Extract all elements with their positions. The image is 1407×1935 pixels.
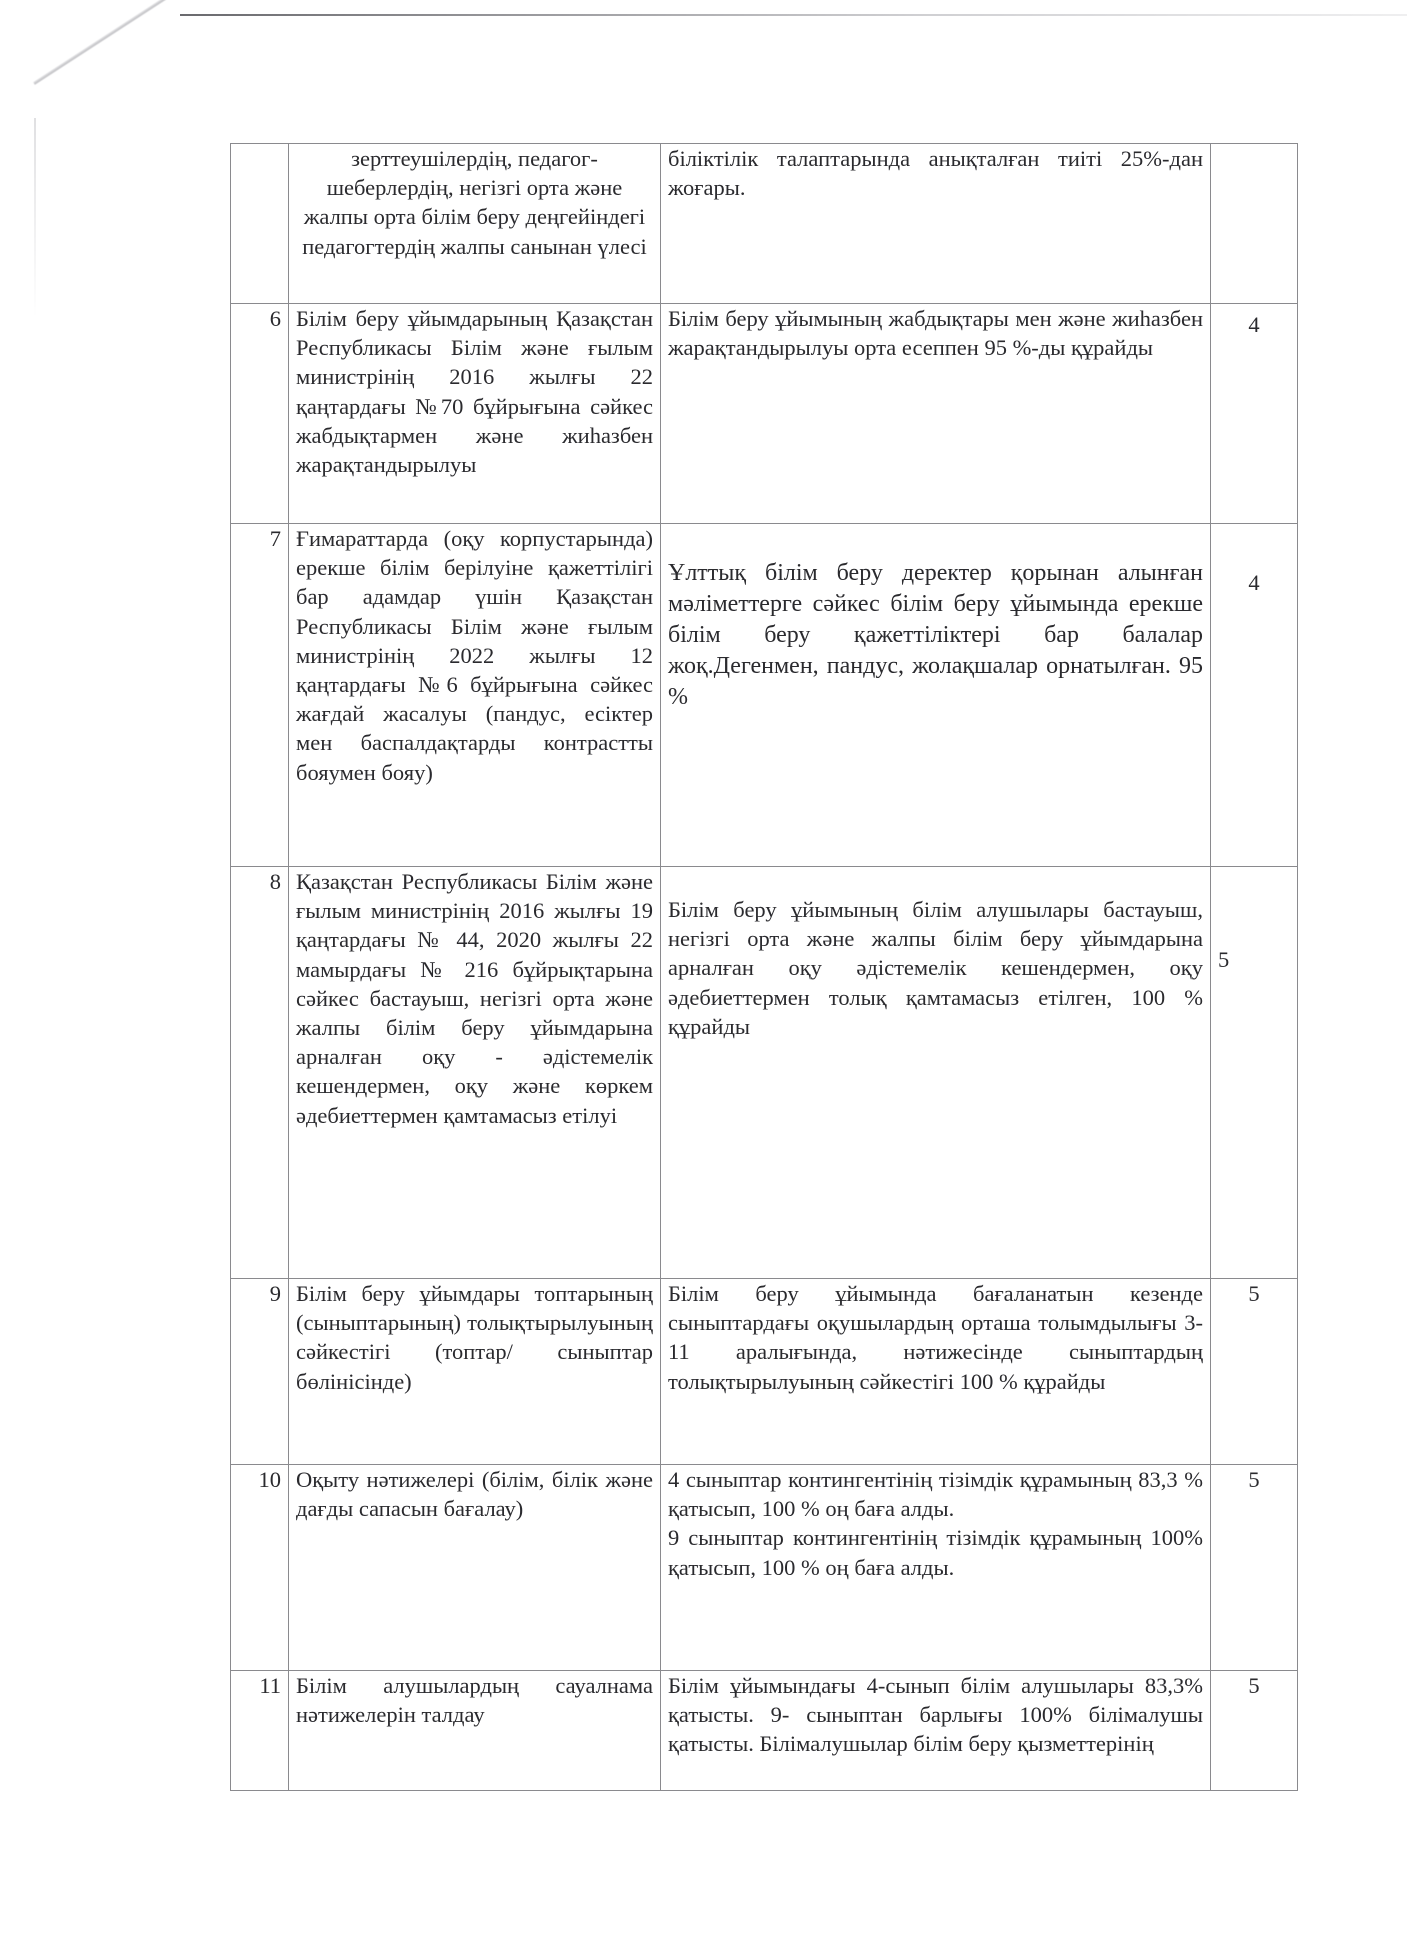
- page-corner-fold: [33, 0, 177, 85]
- row-number: 11: [231, 1671, 289, 1791]
- score-cell: 4: [1211, 524, 1298, 867]
- description-cell: біліктілік талаптарында анықталған тиіті…: [661, 144, 1211, 304]
- row-number: 6: [231, 304, 289, 524]
- table-row: 6 Білім беру ұйымдарының Қазақстан Респу…: [231, 304, 1298, 524]
- score-cell: [1211, 144, 1298, 304]
- table-row: 9 Білім беру ұйымдары топтарының (сыныпт…: [231, 1279, 1298, 1465]
- criterion-cell: Қазақстан Республикасы Білім және ғылым …: [289, 867, 661, 1279]
- score-cell: 5: [1211, 867, 1298, 1279]
- table-row: 8 Қазақстан Республикасы Білім және ғылы…: [231, 867, 1298, 1279]
- page-scan-left-edge: [34, 118, 36, 318]
- score-cell: 5: [1211, 1465, 1298, 1671]
- score-cell: 4: [1211, 304, 1298, 524]
- table-row: 7 Ғимараттарда (оқу корпустарында) ерекш…: [231, 524, 1298, 867]
- table-row: 10 Оқыту нәтижелері (білім, білік және д…: [231, 1465, 1298, 1671]
- criterion-cell: Оқыту нәтижелері (білім, білік және дағд…: [289, 1465, 661, 1671]
- row-number: 7: [231, 524, 289, 867]
- score-cell: 5: [1211, 1279, 1298, 1465]
- assessment-table: зерттеушілердің, педагог-шеберлердің, не…: [230, 143, 1298, 1791]
- row-number: 10: [231, 1465, 289, 1671]
- criterion-cell: Білім беру ұйымдарының Қазақстан Республ…: [289, 304, 661, 524]
- criterion-cell: Білім алушылардың сауалнама нәтижелерін …: [289, 1671, 661, 1791]
- description-cell: Білім ұйымындағы 4-сынып білім алушылары…: [661, 1671, 1211, 1791]
- table-row: 11 Білім алушылардың сауалнама нәтижелер…: [231, 1671, 1298, 1791]
- table-row: зерттеушілердің, педагог-шеберлердің, не…: [231, 144, 1298, 304]
- description-cell: Білім беру ұйымының білім алушылары баст…: [661, 867, 1211, 1279]
- score-cell: 5: [1211, 1671, 1298, 1791]
- description-paragraph: 9 сыныптар контингентінің тізімдік құрам…: [668, 1523, 1203, 1581]
- description-cell: 4 сыныптар контингентінің тізімдік құрам…: [661, 1465, 1211, 1671]
- row-number: 9: [231, 1279, 289, 1465]
- criterion-cell: Білім беру ұйымдары топтарының (сыныптар…: [289, 1279, 661, 1465]
- description-cell: Білім беру ұйымында бағаланатын кезенде …: [661, 1279, 1211, 1465]
- criterion-cell: Ғимараттарда (оқу корпустарында) ерекше …: [289, 524, 661, 867]
- page-scan-edge: [180, 14, 1407, 16]
- row-number: 8: [231, 867, 289, 1279]
- row-number: [231, 144, 289, 304]
- criterion-cell: зерттеушілердің, педагог-шеберлердің, не…: [289, 144, 661, 304]
- description-cell: Ұлттық білім беру деректер қорынан алынғ…: [661, 524, 1211, 867]
- description-cell: Білім беру ұйымының жабдықтары мен және …: [661, 304, 1211, 524]
- description-paragraph: 4 сыныптар контингентінің тізімдік құрам…: [668, 1465, 1203, 1523]
